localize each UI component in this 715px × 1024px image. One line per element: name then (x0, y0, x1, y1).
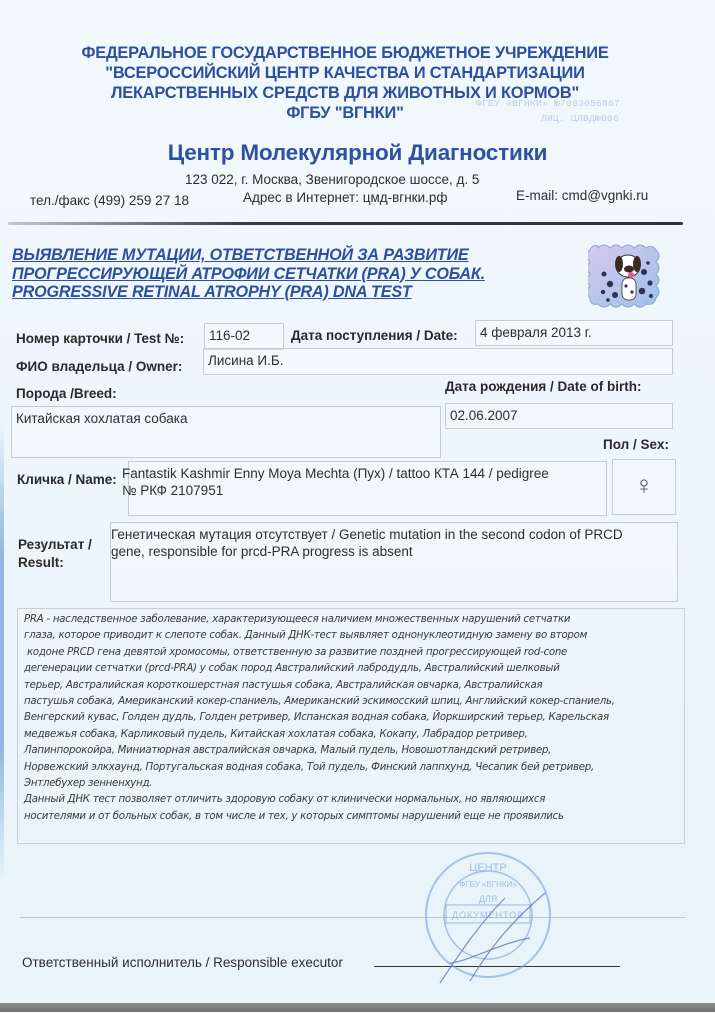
female-symbol-icon: ♀ (634, 470, 654, 500)
footer-divider (20, 917, 685, 918)
certificate-page: ФЕДЕРАЛЬНОЕ ГОСУДАРСТВЕННОЕ БЮДЖЕТНОЕ УЧ… (0, 0, 715, 1024)
sex-field: ♀ (612, 459, 676, 515)
result-line-2: gene, responsible for prcd-PRA progress … (111, 543, 673, 560)
name-line-2: № РКФ 2107951 (122, 482, 602, 499)
org-line-2: "ВСЕРОССИЙСКИЙ ЦЕНТР КАЧЕСТВА И СТАНДАРТ… (40, 63, 650, 83)
test-title: ВЫЯВЛЕНИЕ МУТАЦИИ, ОТВЕТСТВЕННОЙ ЗА РАЗВ… (12, 246, 485, 302)
org-line-1: ФЕДЕРАЛЬНОЕ ГОСУДАРСТВЕННОЕ БЮДЖЕТНОЕ УЧ… (40, 43, 650, 63)
sex-label: Пол / Sex: (603, 437, 669, 452)
center-email: E-mail: cmd@vgnki.ru (516, 188, 648, 203)
owner-label: ФИО владельца / Owner: (16, 359, 182, 374)
dob-label: Дата рождения / Date of birth: (445, 379, 642, 394)
dalmatian-dog-logo-icon (588, 240, 666, 312)
disease-description: PRA - наследственное заболевание, характ… (17, 608, 685, 844)
result-label: Результат / Result: (18, 536, 92, 572)
test-no-label: Номер карточки / Test №: (16, 331, 184, 346)
center-website: Адрес в Интернет: цмд-вгнки.рф (243, 190, 447, 205)
scan-bottom-margin (0, 1012, 715, 1024)
date-field: 4 февраля 2013 г. (475, 320, 673, 346)
breed-label: Порода /Breed: (16, 386, 117, 401)
owner-field: Лисина И.Б. (203, 348, 673, 375)
responsible-executor-label: Ответственный исполнитель / Responsible … (22, 955, 343, 970)
header-divider (8, 222, 683, 225)
result-line-1: Генетическая мутация отсутствует / Genet… (111, 526, 673, 543)
svg-text:ФГБУ «ВГНКИ»: ФГБУ «ВГНКИ» (459, 880, 517, 889)
svg-text:ЦЕНТР: ЦЕНТР (469, 862, 506, 874)
dob-field: 02.06.2007 (445, 403, 673, 429)
result-field: Генетическая мутация отсутствует / Genet… (110, 522, 678, 602)
name-field: Fantastik Kashmir Enny Moya Mechta (Пух)… (128, 461, 607, 516)
center-address: 123 022, г. Москва, Звенигородское шоссе… (185, 172, 479, 187)
center-phone: тел./факс (499) 259 27 18 (30, 193, 189, 208)
center-title: Центр Молекулярной Диагностики (0, 140, 715, 166)
official-seal-icon: ЦЕНТР ФГБУ «ВГНКИ» ДЛЯ ДОКУМЕНТОВ (410, 843, 558, 993)
test-title-line-2: ПРОГРЕССИРУЮЩЕЙ АТРОФИИ СЕТЧАТКИ (PRA) У… (12, 265, 485, 284)
name-label: Кличка / Name: (17, 472, 117, 487)
date-label: Дата поступления / Date: (291, 328, 458, 343)
scan-bottom-band (0, 1003, 715, 1012)
name-line-1: Fantastik Kashmir Enny Moya Mechta (Пух)… (122, 465, 602, 482)
scan-edge-shadow (0, 420, 4, 880)
breed-field: Китайская хохлатая собака (11, 406, 441, 458)
svg-text:ДЛЯ: ДЛЯ (479, 894, 498, 904)
test-title-line-3: PROGRESSIVE RETINAL ATROPHY (PRA) DNA TE… (12, 283, 485, 302)
svg-text:ДОКУМЕНТОВ: ДОКУМЕНТОВ (452, 910, 524, 920)
test-title-line-1: ВЫЯВЛЕНИЕ МУТАЦИИ, ОТВЕТСТВЕННОЙ ЗА РАЗВ… (12, 246, 485, 265)
test-no-field: 116-02 (204, 323, 284, 350)
